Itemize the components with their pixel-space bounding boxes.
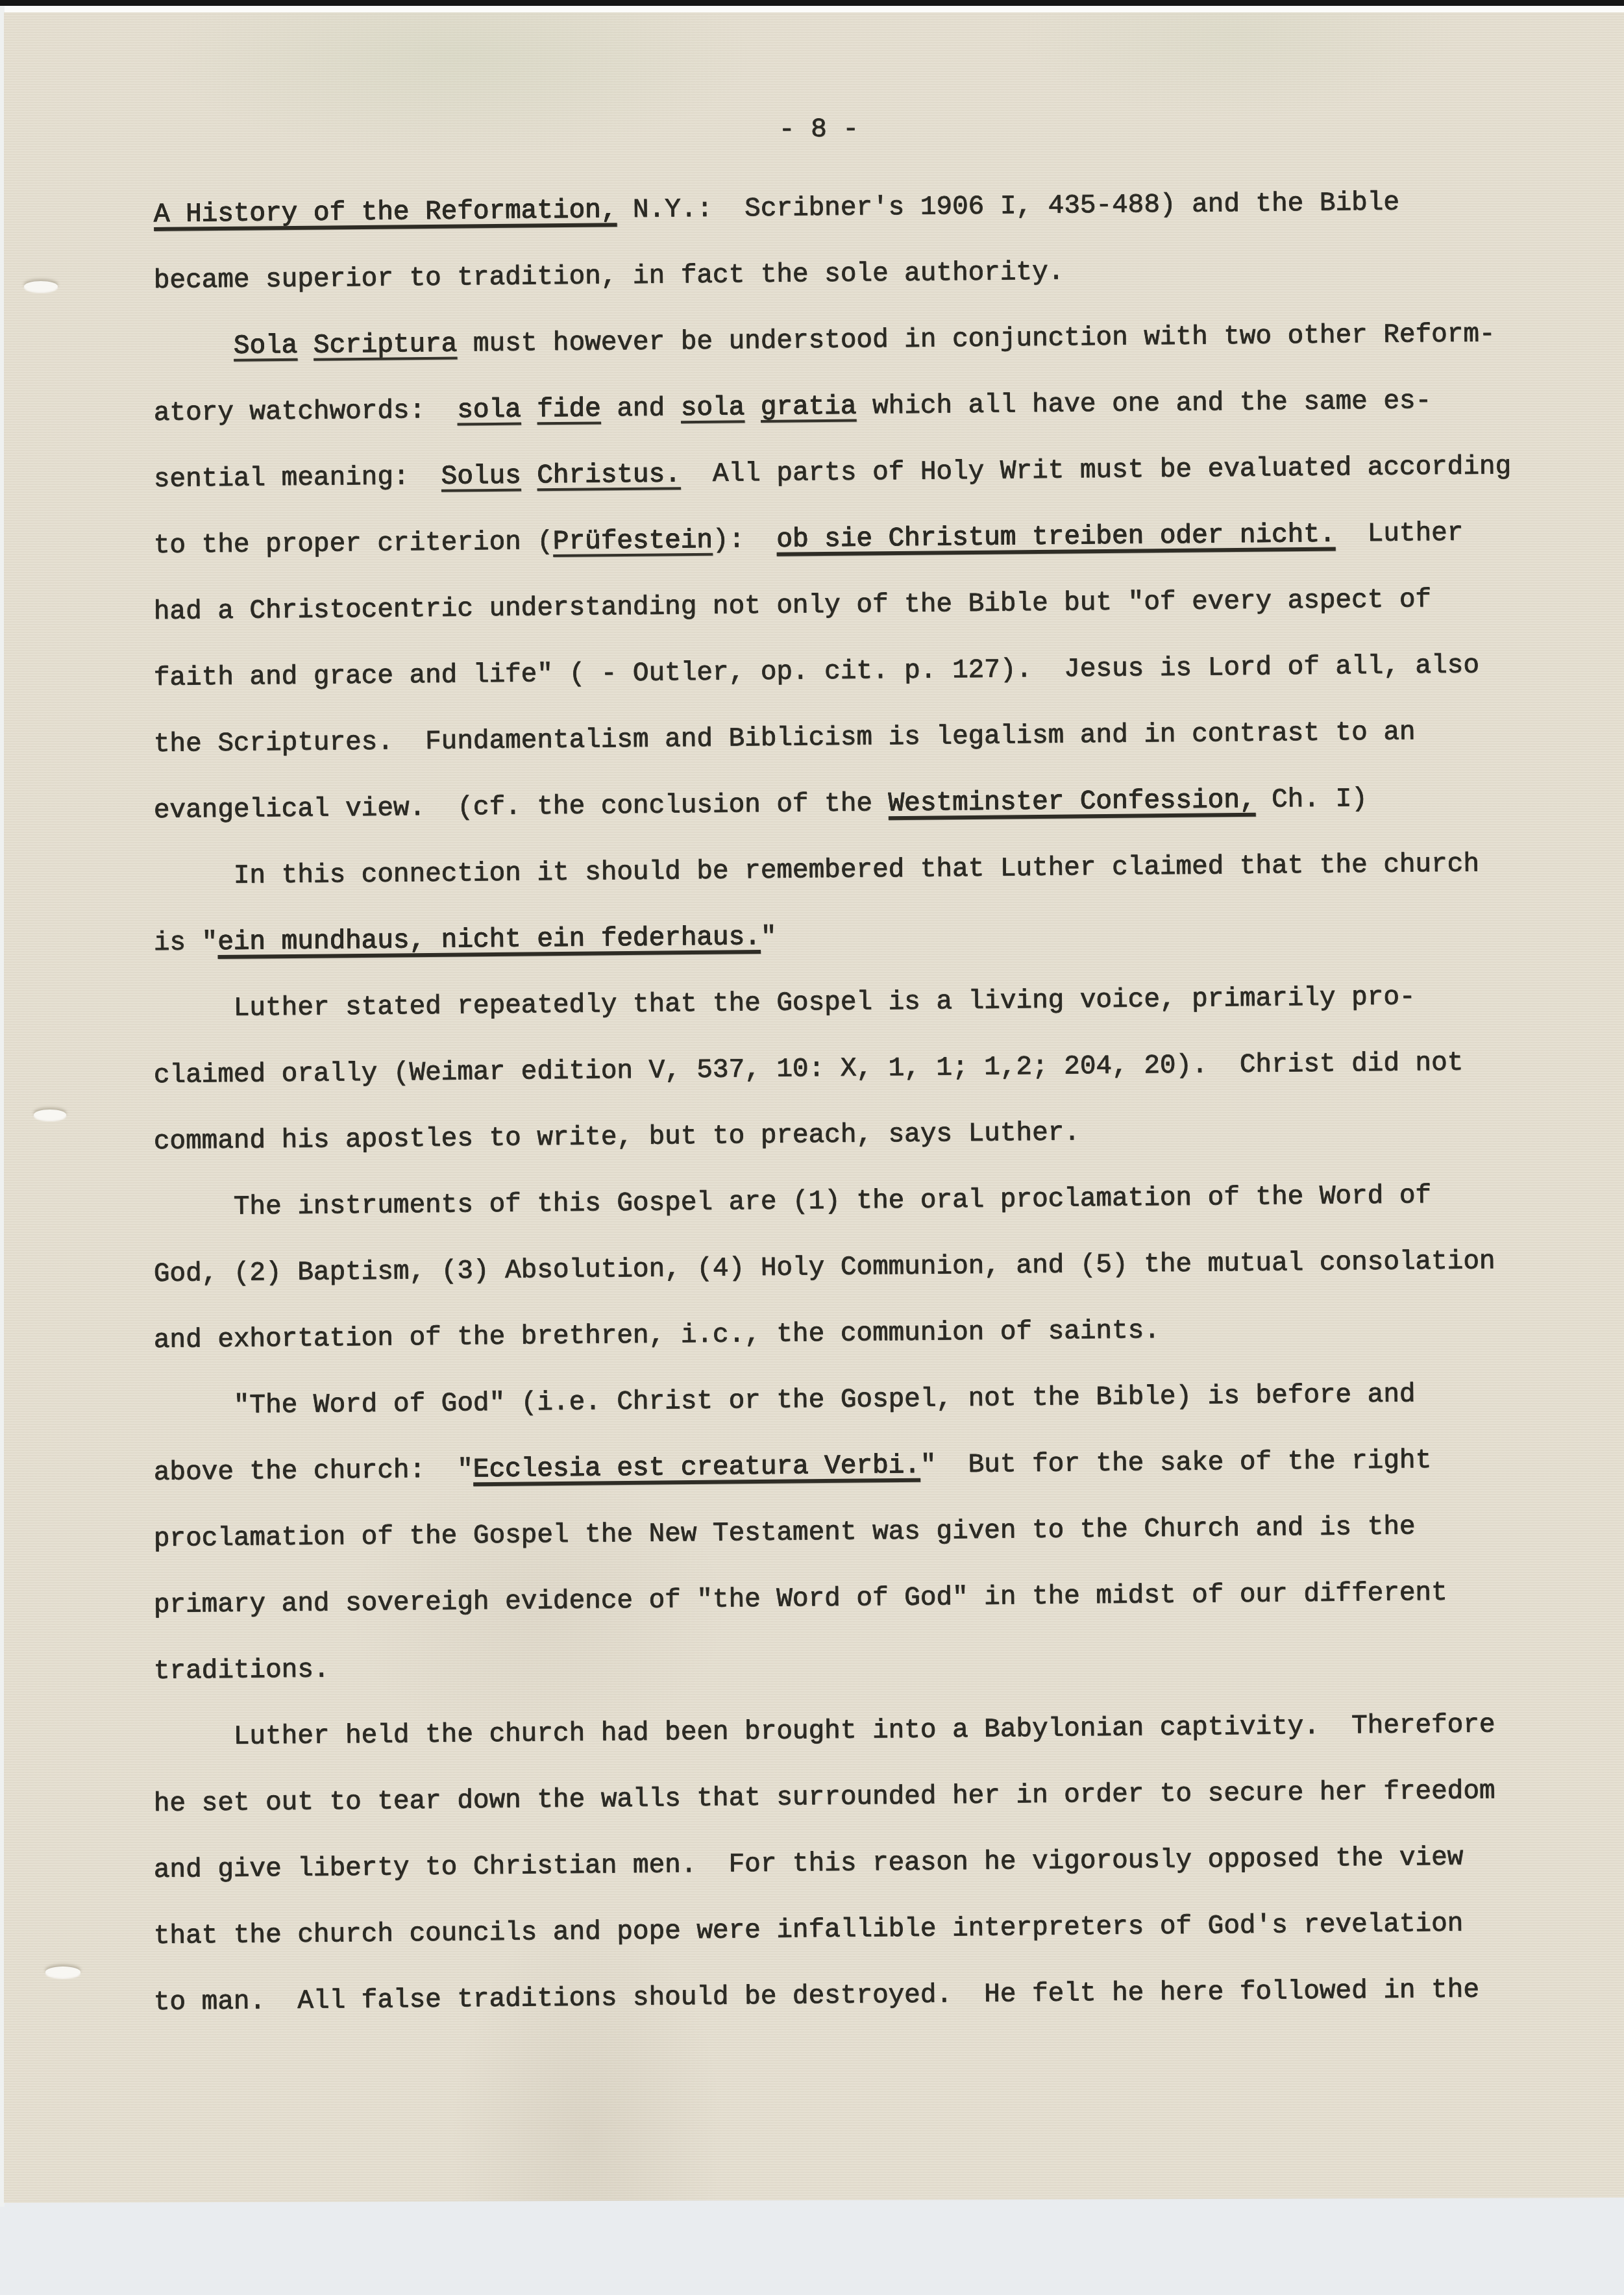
text-segment: proclamation of the Gospel the New Testa… [154,1512,1416,1554]
underlined-text-segment: Westminster Confession, [888,786,1255,819]
text-segment: faith and grace and life" ( - Outler, op… [154,651,1479,693]
text-segment [744,393,761,423]
text-segment: and exhortation of the brethren, i.c., t… [154,1316,1160,1356]
text-segment: and [601,393,681,424]
text-segment: traditions. [154,1655,330,1687]
text-segment: N.Y.: Scribner's 1906 I, 435-488) and th… [617,188,1399,226]
text-segment [297,331,314,361]
text-segment: above the church: " [154,1455,474,1488]
underlined-text-segment: Sola [234,331,298,362]
scanner-left-edge [0,6,5,2207]
text-segment: is " [154,928,218,958]
text-segment: The instruments of this Gospel are (1) t… [154,1181,1432,1223]
text-segment: evangelical view. (cf. the conclusion of… [154,789,889,826]
text-segment [521,461,537,491]
text-segment: became superior to tradition, in fact th… [154,258,1064,296]
text-segment: "The Word of God" (i.e. Christ or the Go… [154,1380,1416,1422]
text-segment: command his apostles to write, but to pr… [154,1118,1080,1157]
text-segment: Ch. I) [1255,784,1368,815]
punch-hole [24,281,58,292]
punch-hole [45,1966,80,1978]
underlined-text-segment: Solus [441,462,521,492]
punch-hole [34,1110,66,1120]
text-segment [521,395,537,425]
text-segment: which all have one and the same es- [856,386,1431,422]
text-segment: Luther stated repeatedly that the Gospel… [154,982,1416,1024]
text-segment: All parts of Holy Writ must be evaluated… [681,452,1512,490]
text-segment: must however be understood in conjunctio… [457,319,1495,359]
text-segment: God, (2) Baptism, (3) Absolution, (4) Ho… [154,1247,1495,1289]
text-segment: In this connection it should be remember… [154,849,1479,892]
text-segment: claimed orally (Weimar edition V, 537, 1… [154,1048,1464,1091]
underlined-text-segment: sola [681,393,745,423]
text-segment: atory watchwords: [154,396,458,428]
typed-lines: A History of the Reformation, N.Y.: Scri… [154,182,1601,2036]
text-segment: ): [713,525,777,556]
underlined-text-segment: sola [457,395,521,426]
underlined-text-segment: Ecclesia est creatura Verbi. [473,1451,920,1485]
text-segment: the Scriptures. Fundamentalism and Bibli… [154,717,1416,760]
text-segment: and give liberty to Christian men. For t… [154,1843,1464,1885]
text-segment: primary and sovereigh evidence of "the W… [154,1578,1447,1620]
underlined-text-segment: fide [537,394,601,425]
underlined-text-segment: ein mundhaus, nicht ein federhaus. [217,923,761,958]
scanned-document-page: - 8 - A History of the Reformation, N.Y.… [0,0,1624,2295]
text-segment: that the church councils and pope were i… [154,1909,1464,1952]
typed-line: to man. All false traditions should be d… [153,1956,1601,2036]
underlined-text-segment: ob sie Christum treiben oder nicht. [776,520,1336,555]
underlined-text-segment: A History of the Reformation, [154,195,617,230]
underlined-text-segment: Prüfestein [553,526,713,557]
scanner-top-dark-strip [0,0,1624,6]
text-segment [154,332,234,362]
text-segment: to man. All false traditions should be d… [154,1975,1479,2018]
text-segment: Luther held the church had been brought … [154,1710,1495,1753]
text-segment: sential meaning: [154,462,441,495]
scanner-top-white-strip [0,6,1624,12]
text-segment: " [761,923,777,952]
text-segment: had a Christocentric understanding not o… [154,585,1432,627]
underlined-text-segment: Christus. [537,460,681,491]
underlined-text-segment: Scriptura [314,330,458,361]
text-segment: " But for the sake of the right [920,1446,1432,1481]
text-segment: he set out to tear down the walls that s… [154,1776,1495,1819]
page-number: - 8 - [779,97,859,164]
text-segment: to the proper criterion ( [154,527,554,561]
underlined-text-segment: gratia [761,392,857,423]
text-segment: Luther [1335,519,1463,550]
